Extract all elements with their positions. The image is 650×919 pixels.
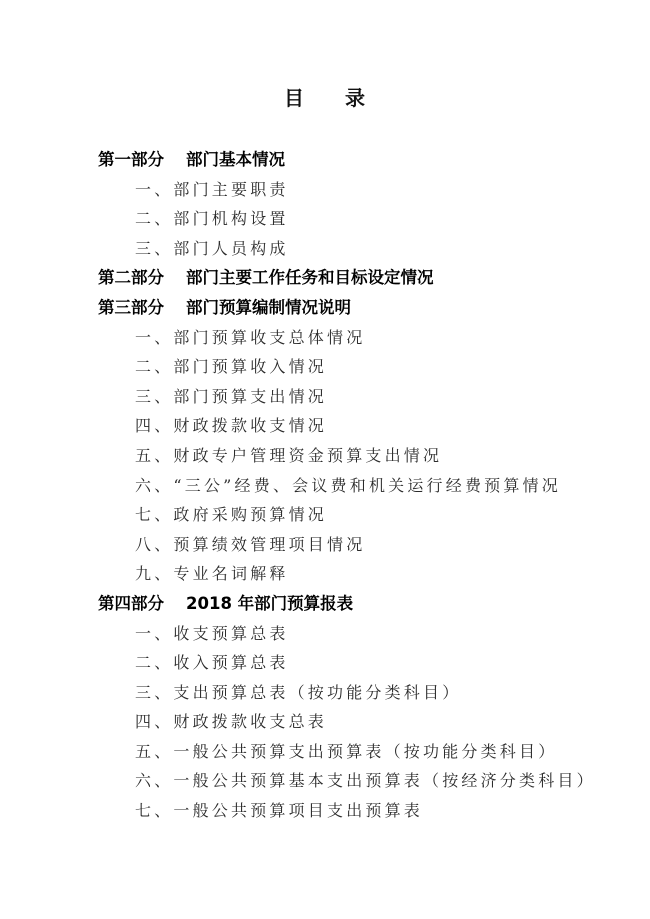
toc-section-1[interactable]: 第一部分部门基本情况	[98, 145, 618, 175]
toc-item[interactable]: 四、财政拨款收支总表	[98, 707, 618, 737]
toc-item[interactable]: 二、部门机构设置	[98, 204, 618, 234]
toc-item[interactable]: 一、部门预算收支总体情况	[98, 323, 618, 353]
section-number: 第二部分	[98, 263, 164, 293]
section-number: 第三部分	[98, 293, 164, 323]
toc-section-3[interactable]: 第三部分部门预算编制情况说明	[98, 293, 618, 323]
section-title: 部门主要工作任务和目标设定情况	[186, 268, 434, 287]
toc-item[interactable]: 七、政府采购预算情况	[98, 500, 618, 530]
toc-item[interactable]: 三、支出预算总表（按功能分类科目）	[98, 678, 618, 708]
toc-item[interactable]: 八、预算绩效管理项目情况	[98, 530, 618, 560]
toc-item[interactable]: 六、一般公共预算基本支出预算表（按经济分类科目）	[98, 766, 618, 796]
title-char-2: 录	[345, 82, 366, 111]
toc-item[interactable]: 一、收支预算总表	[98, 619, 618, 649]
title-char-1: 目	[284, 82, 305, 111]
toc-section-4[interactable]: 第四部分2018 年部门预算报表	[98, 589, 618, 619]
section-number: 第一部分	[98, 145, 164, 175]
toc-item[interactable]: 四、财政拨款收支情况	[98, 411, 618, 441]
section-number: 第四部分	[98, 589, 164, 619]
toc-item[interactable]: 一、部门主要职责	[98, 175, 618, 205]
section-title: 2018 年部门预算报表	[186, 594, 353, 613]
toc-item[interactable]: 五、财政专户管理资金预算支出情况	[98, 441, 618, 471]
toc-item[interactable]: 九、专业名词解释	[98, 559, 618, 589]
section-title: 部门预算编制情况说明	[186, 298, 351, 317]
section-title: 部门基本情况	[186, 150, 285, 169]
toc-item[interactable]: 五、一般公共预算支出预算表（按功能分类科目）	[98, 737, 618, 767]
toc-item[interactable]: 三、部门预算支出情况	[98, 382, 618, 412]
toc-item[interactable]: 二、部门预算收入情况	[98, 352, 618, 382]
toc-section-2[interactable]: 第二部分部门主要工作任务和目标设定情况	[98, 263, 618, 293]
toc-item[interactable]: 三、部门人员构成	[98, 234, 618, 264]
toc-item[interactable]: 二、收入预算总表	[98, 648, 618, 678]
page-title: 目录	[0, 82, 650, 111]
toc-item[interactable]: 六、“三公”经费、会议费和机关运行经费预算情况	[98, 471, 618, 501]
toc-item[interactable]: 七、一般公共预算项目支出预算表	[98, 796, 618, 826]
table-of-contents: 第一部分部门基本情况 一、部门主要职责 二、部门机构设置 三、部门人员构成 第二…	[98, 145, 618, 826]
